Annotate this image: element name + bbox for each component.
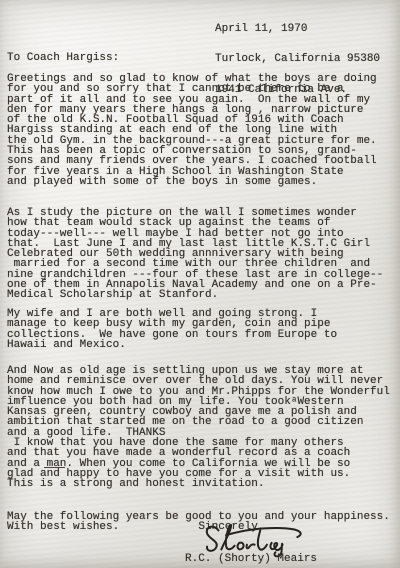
salutation: To Coach Hargiss:: [7, 53, 119, 63]
letter-city-line: Turlock, California 95380: [215, 54, 380, 64]
paragraph-team-and-anniversary: As I study the picture on the wall I som…: [7, 208, 383, 301]
letter-page: April 11, 1970 Turlock, California 95380…: [0, 0, 400, 568]
underline-decoration: [44, 467, 65, 468]
typed-signature-name: R.C. (Shorty) Meairs: [185, 554, 317, 564]
paragraph-greetings: Greetings and so glad to know of what th…: [7, 74, 377, 187]
paragraph-old-age-thanks: And Now as old age is settling upon us w…: [7, 366, 390, 490]
paragraph-wife-and-hobbies: My wife and I are both well and going st…: [7, 309, 337, 350]
letter-date: April 11, 1970: [215, 24, 380, 34]
